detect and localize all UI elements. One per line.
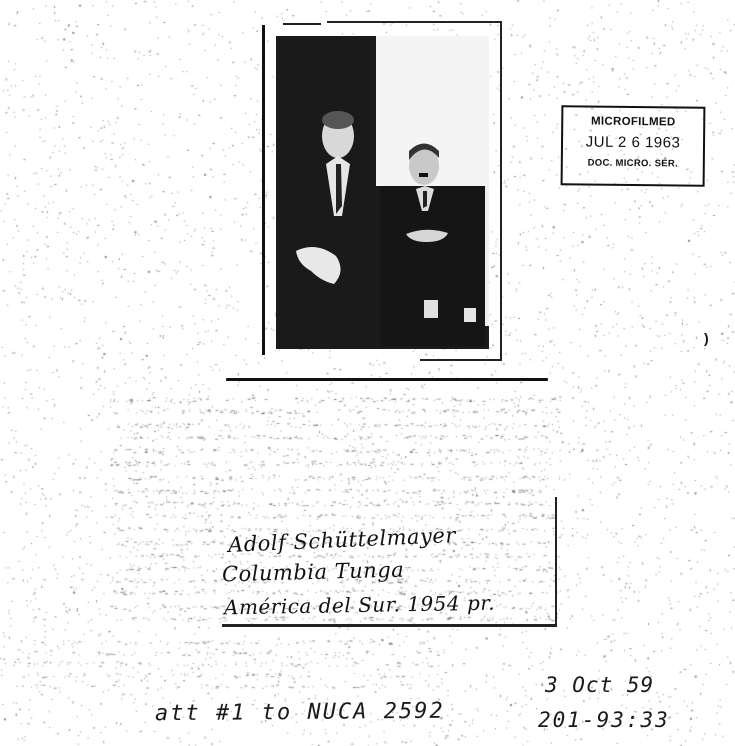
file-number: 201-93:33 <box>538 708 670 732</box>
caption-region-year: América del Sur. 1954 pr. <box>224 591 495 620</box>
divider-rule <box>226 378 548 381</box>
photograph <box>276 36 489 349</box>
photo-mount-edge <box>262 25 265 355</box>
microfilmed-stamp: MICROFILMED JUL 2 6 1963 DOC. MICRO. SER… <box>561 105 706 187</box>
photo-mount-edge <box>327 21 502 23</box>
photo-mount-edge <box>420 359 502 361</box>
attachment-reference: att #1 to NUCA 2592 <box>155 699 445 727</box>
caption-card-edge <box>222 624 557 627</box>
caption-name: Adolf Schüttelmayer <box>228 523 457 557</box>
photo-mount-edge <box>500 21 502 361</box>
margin-mark: ) <box>704 330 709 346</box>
caption-location: Columbia Tunga <box>222 558 405 587</box>
stamp-title: MICROFILMED <box>563 115 703 128</box>
handwritten-date: 3 Oct 59 <box>545 673 654 697</box>
stamp-series: DOC. MICRO. SER. <box>563 157 703 169</box>
photo-mount-edge <box>283 23 321 25</box>
stamp-date: JUL 2 6 1963 <box>563 133 703 151</box>
caption-card-edge <box>555 497 557 625</box>
photo-figures <box>276 36 489 349</box>
